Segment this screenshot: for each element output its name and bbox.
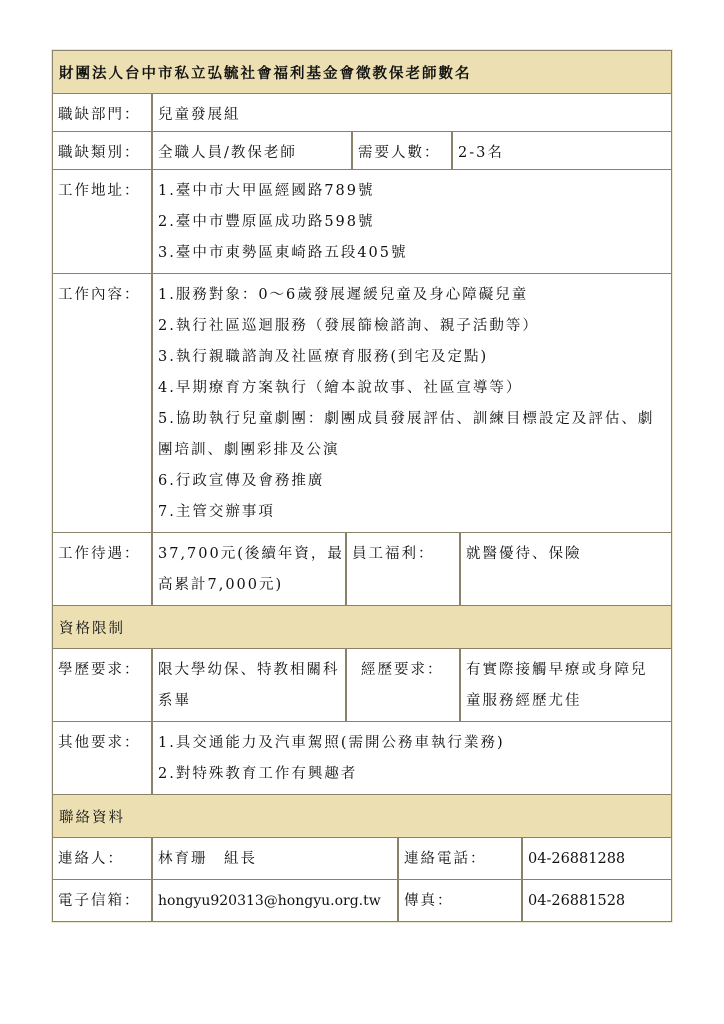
education-value: 限大學幼保、特教相關科 系畢	[151, 649, 345, 721]
salary-line: 37,700元(後續年資，最	[158, 539, 340, 570]
experience-label: 經歷要求：	[345, 649, 459, 721]
salary-label: 工作待遇：	[53, 533, 151, 605]
email-label: 電子信箱：	[53, 880, 151, 921]
salary-value: 37,700元(後續年資，最 高累計7,000元)	[151, 533, 345, 605]
contact-person-value: 林育珊 組長	[151, 838, 397, 879]
qualifications-header-row: 資格限制	[53, 605, 671, 648]
duty-item: 3.執行親職諮詢及社區療育服務(到宅及定點)	[158, 342, 666, 373]
education-label: 學歷要求：	[53, 649, 151, 721]
other-requirements-row: 其他要求： 1.具交通能力及汽車駕照(需開公務車執行業務) 2.對特殊教育工作有…	[53, 721, 671, 794]
qualifications-section-title: 資格限制	[53, 606, 671, 648]
phone-value[interactable]: 04-26881288	[521, 838, 671, 879]
title-row: 財團法人台中市私立弘毓社會福利基金會徵教保老師數名	[53, 51, 671, 93]
contact-section-title: 聯絡資料	[53, 795, 671, 837]
duty-item: 6.行政宣傳及會務推廣	[158, 466, 666, 497]
duties-label: 工作內容：	[53, 274, 151, 532]
education-row: 學歷要求： 限大學幼保、特教相關科 系畢 經歷要求： 有實際接觸早療或身障兒 童…	[53, 648, 671, 721]
email-value[interactable]: hongyu920313@hongyu.org.tw	[151, 880, 397, 921]
other-requirements-label: 其他要求：	[53, 722, 151, 794]
duty-item: 團培訓、劇團彩排及公演	[158, 435, 666, 466]
benefits-value: 就醫優待、保險	[459, 533, 671, 605]
address-item: 3.臺中市東勢區東崎路五段405號	[158, 238, 666, 269]
duties-list: 1.服務對象：0～6歲發展遲緩兒童及身心障礙兒童 2.執行社區巡迴服務（發展篩檢…	[151, 274, 671, 532]
experience-line: 童服務經歷尤佳	[466, 686, 666, 717]
requirement-item: 2.對特殊教育工作有興趣者	[158, 759, 666, 790]
education-line: 系畢	[158, 686, 340, 717]
experience-line: 有實際接觸早療或身障兒	[466, 655, 666, 686]
salary-line: 高累計7,000元)	[158, 570, 340, 601]
requirement-item: 1.具交通能力及汽車駕照(需開公務車執行業務)	[158, 728, 666, 759]
department-label: 職缺部門：	[53, 94, 151, 131]
contact-person-label: 連絡人：	[53, 838, 151, 879]
department-row: 職缺部門： 兒童發展組	[53, 93, 671, 131]
contact-person-row: 連絡人： 林育珊 組長 連絡電話： 04-26881288	[53, 837, 671, 879]
headcount-value: 2-3名	[451, 132, 671, 169]
duty-item: 1.服務對象：0～6歲發展遲緩兒童及身心障礙兒童	[158, 280, 666, 311]
fax-value: 04-26881528	[521, 880, 671, 921]
duty-item: 2.執行社區巡迴服務（發展篩檢諮詢、親子活動等）	[158, 311, 666, 342]
address-row: 工作地址： 1.臺中市大甲區經國路789號 2.臺中市豐原區成功路598號 3.…	[53, 169, 671, 273]
other-requirements-list: 1.具交通能力及汽車駕照(需開公務車執行業務) 2.對特殊教育工作有興趣者	[151, 722, 671, 794]
address-item: 2.臺中市豐原區成功路598號	[158, 207, 666, 238]
category-value: 全職人員/教保老師	[151, 132, 351, 169]
email-row: 電子信箱： hongyu920313@hongyu.org.tw 傳真： 04-…	[53, 879, 671, 921]
phone-label: 連絡電話：	[397, 838, 521, 879]
category-row: 職缺類別： 全職人員/教保老師 需要人數： 2-3名	[53, 131, 671, 169]
education-line: 限大學幼保、特教相關科	[158, 655, 340, 686]
posting-title: 財團法人台中市私立弘毓社會福利基金會徵教保老師數名	[53, 51, 671, 93]
duty-item: 5.協助執行兒童劇團：劇團成員發展評估、訓練目標設定及評估、劇	[158, 404, 666, 435]
contact-header-row: 聯絡資料	[53, 794, 671, 837]
duty-item: 4.早期療育方案執行（繪本說故事、社區宣導等）	[158, 373, 666, 404]
fax-label: 傳真：	[397, 880, 521, 921]
department-value: 兒童發展組	[151, 94, 671, 131]
job-posting-table: 財團法人台中市私立弘毓社會福利基金會徵教保老師數名 職缺部門： 兒童發展組 職缺…	[52, 50, 672, 922]
headcount-label: 需要人數：	[351, 132, 451, 169]
category-label: 職缺類別：	[53, 132, 151, 169]
address-list: 1.臺中市大甲區經國路789號 2.臺中市豐原區成功路598號 3.臺中市東勢區…	[151, 170, 671, 273]
address-item: 1.臺中市大甲區經國路789號	[158, 176, 666, 207]
address-label: 工作地址：	[53, 170, 151, 273]
experience-value: 有實際接觸早療或身障兒 童服務經歷尤佳	[459, 649, 671, 721]
duties-row: 工作內容： 1.服務對象：0～6歲發展遲緩兒童及身心障礙兒童 2.執行社區巡迴服…	[53, 273, 671, 532]
duty-item: 7.主管交辦事項	[158, 497, 666, 528]
benefits-label: 員工福利：	[345, 533, 459, 605]
salary-row: 工作待遇： 37,700元(後續年資，最 高累計7,000元) 員工福利： 就醫…	[53, 532, 671, 605]
